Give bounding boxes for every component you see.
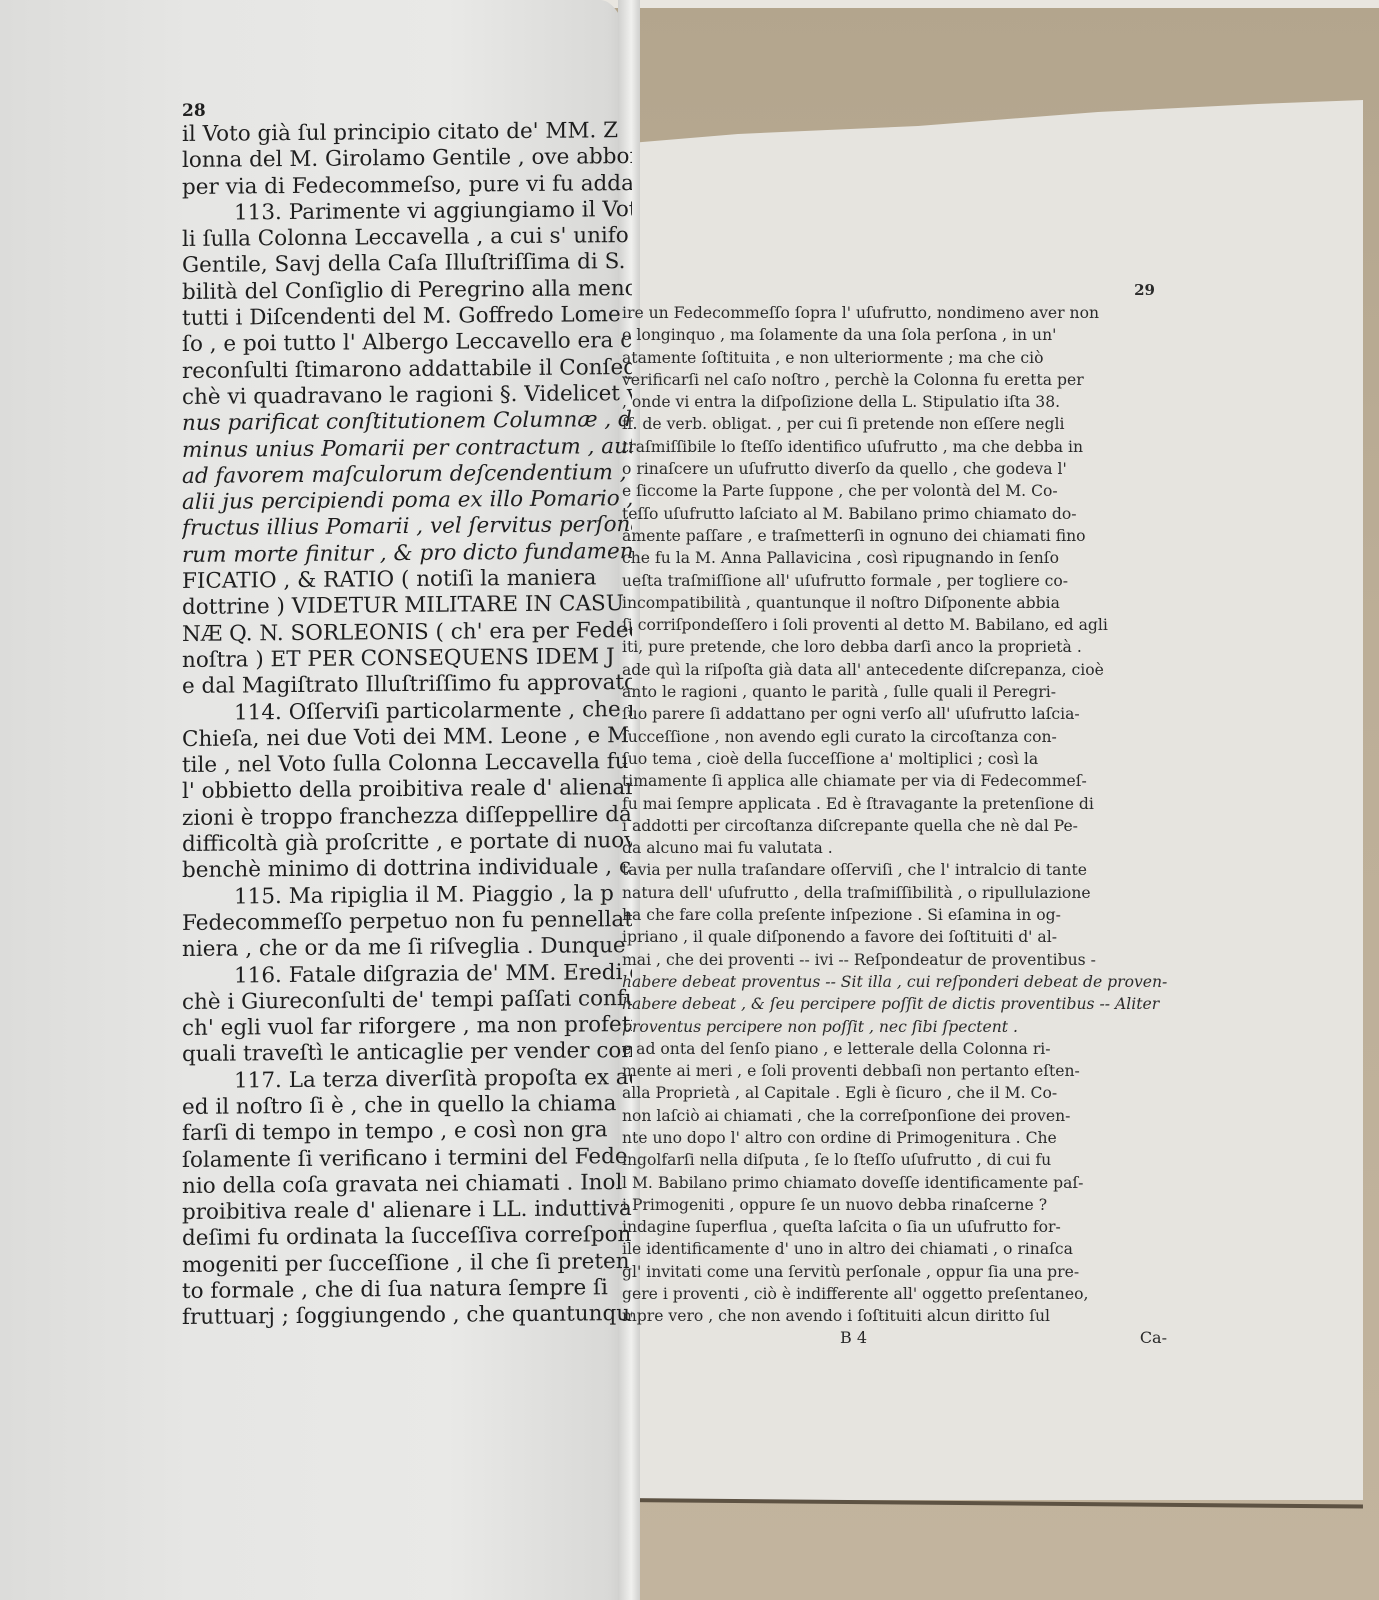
right-lines: ire un Fedecommeſſo ſopra l' uſufrutto, … <box>622 302 1167 1328</box>
text-line: habere debeat proventus -- Sit illa , cu… <box>622 971 1167 993</box>
text-line: fruttuarj ; ſoggiungendo , che quantunqu… <box>182 1301 632 1331</box>
text-line: ſolamente ſi verificano i termini del Fe… <box>182 1144 632 1174</box>
text-line: Fedecommeſſo perpetuo non fu pennellata <box>182 907 632 937</box>
text-line: atamente ſoſtituita , e non ulteriorment… <box>622 347 1167 369</box>
text-line: chè i Giureconſulti de' tempi paſſati co… <box>182 986 632 1016</box>
text-line: amente paſſare , e traſmetterſi in ognun… <box>622 525 1167 547</box>
text-line: lonna del M. Girolamo Gentile , ove abbo… <box>182 144 632 174</box>
catchword: Ca- <box>1140 1328 1167 1347</box>
text-line: da alcuno mai fu valutata . <box>622 837 1167 859</box>
text-line: gl' invitati come una ſervitù perſonale … <box>622 1261 1167 1283</box>
text-line: i Primogeniti , oppure ſe un nuovo debba… <box>622 1194 1167 1216</box>
text-line: anto le ragioni , quanto le parità , ſul… <box>622 681 1167 703</box>
text-line: farſi di tempo in tempo , e così non gra <box>182 1117 632 1147</box>
text-line: teſſo uſufrutto laſciato al M. Babilano … <box>622 503 1167 525</box>
text-line: 116. Fatale diſgrazia de' MM. Eredi d <box>182 960 632 990</box>
text-line: ſuo tema , cioè della ſucceſſione a' mol… <box>622 748 1167 770</box>
text-line: tavia per nulla traſandare oſſerviſi , c… <box>622 859 1167 881</box>
text-line: gere i proventi , ciò è indifferente all… <box>622 1283 1167 1305</box>
text-line: quali traveſtì le anticaglie per vender … <box>182 1038 632 1068</box>
text-line: ingolfarſi nella diſputa , ſe lo ſteſſo … <box>622 1149 1167 1171</box>
text-line: proibitiva reale d' alienare i LL. indut… <box>182 1196 632 1226</box>
text-line: che fu la M. Anna Pallavicina , così rip… <box>622 547 1167 569</box>
page-number: 28 <box>182 98 632 120</box>
text-line: l' obbietto della proibitiva reale d' al… <box>182 775 632 805</box>
text-line: natura dell' uſufrutto , della traſmiſſi… <box>622 882 1167 904</box>
text-line: reconſulti ſtimarono addattabile il Conſ… <box>182 355 632 385</box>
text-line: , onde vi entra la diſpoſizione della L.… <box>622 391 1167 413</box>
text-line: 117. La terza diverſità propoſta ex ad <box>182 1065 632 1095</box>
text-line: alla Proprietà , al Capitale . Egli è ſi… <box>622 1082 1167 1104</box>
text-line: dottrine ) VIDETUR MILITARE IN CASU <box>182 591 632 621</box>
text-line: rum morte finitur , & pro dicto fundamen… <box>182 539 632 569</box>
text-line: non laſciò ai chiamati , che la correſpo… <box>622 1105 1167 1127</box>
text-line: FICATIO , & RATIO ( notiſi la maniera <box>182 565 632 595</box>
text-line: ha che fare colla preſente inſpezione . … <box>622 904 1167 926</box>
text-line: habere debeat , & ſeu percipere poſſit d… <box>622 993 1167 1015</box>
text-line: mpre vero , che non avendo i ſoſtituiti … <box>622 1305 1167 1327</box>
text-line: chè vi quadravano le ragioni §. Videlice… <box>182 381 632 411</box>
text-line: i addotti per circoſtanza diſcrepante qu… <box>622 815 1167 837</box>
text-line: mai , che dei proventi -- ivi -- Reſpond… <box>622 949 1167 971</box>
text-line: fructus illius Pomarii , vel ſervitus pe… <box>182 512 632 542</box>
text-line: nte uno dopo l' altro con ordine di Prim… <box>622 1127 1167 1149</box>
text-line: ch' egli vuol far riforgere , ma non pro… <box>182 1012 632 1042</box>
text-line: o rinaſcere un uſufrutto diverſo da quel… <box>622 458 1167 480</box>
text-line: li ſulla Colonna Leccavella , a cui s' u… <box>182 223 632 253</box>
text-line: mogeniti per ſucceſſione , il che ſi pre… <box>182 1249 632 1279</box>
text-line: Gentile, Savj della Caſa Illuſtriſſima d… <box>182 250 632 280</box>
text-line: ad favorem maſculorum deſcendentium , ex… <box>182 460 632 490</box>
text-line: l M. Babilano primo chiamato doveſſe ide… <box>622 1172 1167 1194</box>
text-line: ipriano , il quale diſponendo a favore d… <box>622 926 1167 948</box>
text-line: ed il noſtro ſi è , che in quello la chi… <box>182 1091 632 1121</box>
text-line: o longinquo , ma ſolamente da una ſola p… <box>622 324 1167 346</box>
text-line: per via di Fedecommeſso, pure vi fu adda… <box>182 171 632 201</box>
text-line: ueſta traſmiſſione all' uſufrutto formal… <box>622 570 1167 592</box>
paper-strip <box>600 0 1379 8</box>
text-line: traſmiſſibile lo ſteſſo identifico uſufr… <box>622 436 1167 458</box>
text-line: zioni è troppo franchezza diſſeppellire … <box>182 802 632 832</box>
text-line: NÆ Q. N. SORLEONIS ( ch' era per Fedecom <box>182 618 632 648</box>
text-line: benchè minimo di dottrina individuale , … <box>182 854 632 884</box>
text-line: bilità del Conſiglio di Peregrino alla m… <box>182 276 632 306</box>
signature-mark: B 4 <box>840 1328 867 1347</box>
text-line: ile identificamente d' uno in altro dei … <box>622 1238 1167 1260</box>
text-line: Chieſa, nei due Voti dei MM. Leone , e M <box>182 723 632 753</box>
text-line: niera , che or da me ſi riſveglia . Dunq… <box>182 933 632 963</box>
text-line: difficoltà già proſcritte , e portate di… <box>182 828 632 858</box>
text-line: ſo , e poi tutto l' Albergo Leccavello e… <box>182 328 632 358</box>
left-lines: il Voto già ſul principio citato de' MM.… <box>182 118 632 1332</box>
text-line: to formale , che di ſua natura ſempre ſi <box>182 1275 632 1305</box>
text-line: ade quì la riſpoſta già data all' antece… <box>622 659 1167 681</box>
text-line: incompatibilità , quantunque il noſtro D… <box>622 592 1167 614</box>
text-line: alii jus percipiendi poma ex illo Pomari… <box>182 486 632 516</box>
text-line: deſimi fu ordinata la ſucceſſiva correſp… <box>182 1223 632 1253</box>
text-line: proventus percipere non poſſit , nec ſib… <box>622 1016 1167 1038</box>
text-line: noſtra ) ET PER CONSEQUENS IDEM J <box>182 644 632 674</box>
page-number: 29 <box>622 282 1167 298</box>
text-line: il Voto già ſul principio citato de' MM.… <box>182 118 632 148</box>
text-line: indagine ſuperflua , queſta laſcita o ſi… <box>622 1216 1167 1238</box>
text-line: ſi corriſpondeſſero i ſoli proventi al d… <box>622 614 1167 636</box>
text-line: ſuo parere ſi addattano per ogni verſo a… <box>622 703 1167 725</box>
text-line: e ſiccome la Parte ſuppone , che per vol… <box>622 480 1167 502</box>
text-line: ff. de verb. obligat. , per cui ſi prete… <box>622 413 1167 435</box>
text-line: timamente ſi applica alle chiamate per v… <box>622 770 1167 792</box>
text-line: minus unius Pomarii per contractum , aut… <box>182 434 632 464</box>
right-page-text: 29 ire un Fedecommeſſo ſopra l' uſufrutt… <box>622 282 1167 1328</box>
text-line: verificarſi nel caſo noſtro , perchè la … <box>622 369 1167 391</box>
text-line: iti, pure pretende, che loro debba darſi… <box>622 636 1167 658</box>
text-line: 113. Parimente vi aggiungiamo il Voto <box>182 197 632 227</box>
text-line: ire un Fedecommeſſo ſopra l' uſufrutto, … <box>622 302 1167 324</box>
text-line: 114. Oſſerviſi particolarmente , che nel <box>182 697 632 727</box>
text-line: fu mai ſempre applicata . Ed è ſtravagan… <box>622 793 1167 815</box>
text-line: tutti i Diſcendenti del M. Goffredo Lome <box>182 302 632 332</box>
text-line: ſucceſſione , non avendo egli curato la … <box>622 726 1167 748</box>
text-line: e dal Magiſtrato Illuſtriſſimo fu approv… <box>182 670 632 700</box>
text-line: tile , nel Voto ſulla Colonna Leccavella… <box>182 749 632 779</box>
text-line: nus parificat conſtitutionem Columnæ , d… <box>182 407 632 437</box>
text-line: e ad onta del ſenſo piano , e letterale … <box>622 1038 1167 1060</box>
text-line: mente ai meri , e ſoli proventi debbaſi … <box>622 1060 1167 1082</box>
text-line: nio della coſa gravata nei chiamati . In… <box>182 1170 632 1200</box>
left-page-text: 28 il Voto già ſul principio citato de' … <box>182 98 632 1332</box>
text-line: 115. Ma ripiglia il M. Piaggio , la p <box>182 881 632 911</box>
